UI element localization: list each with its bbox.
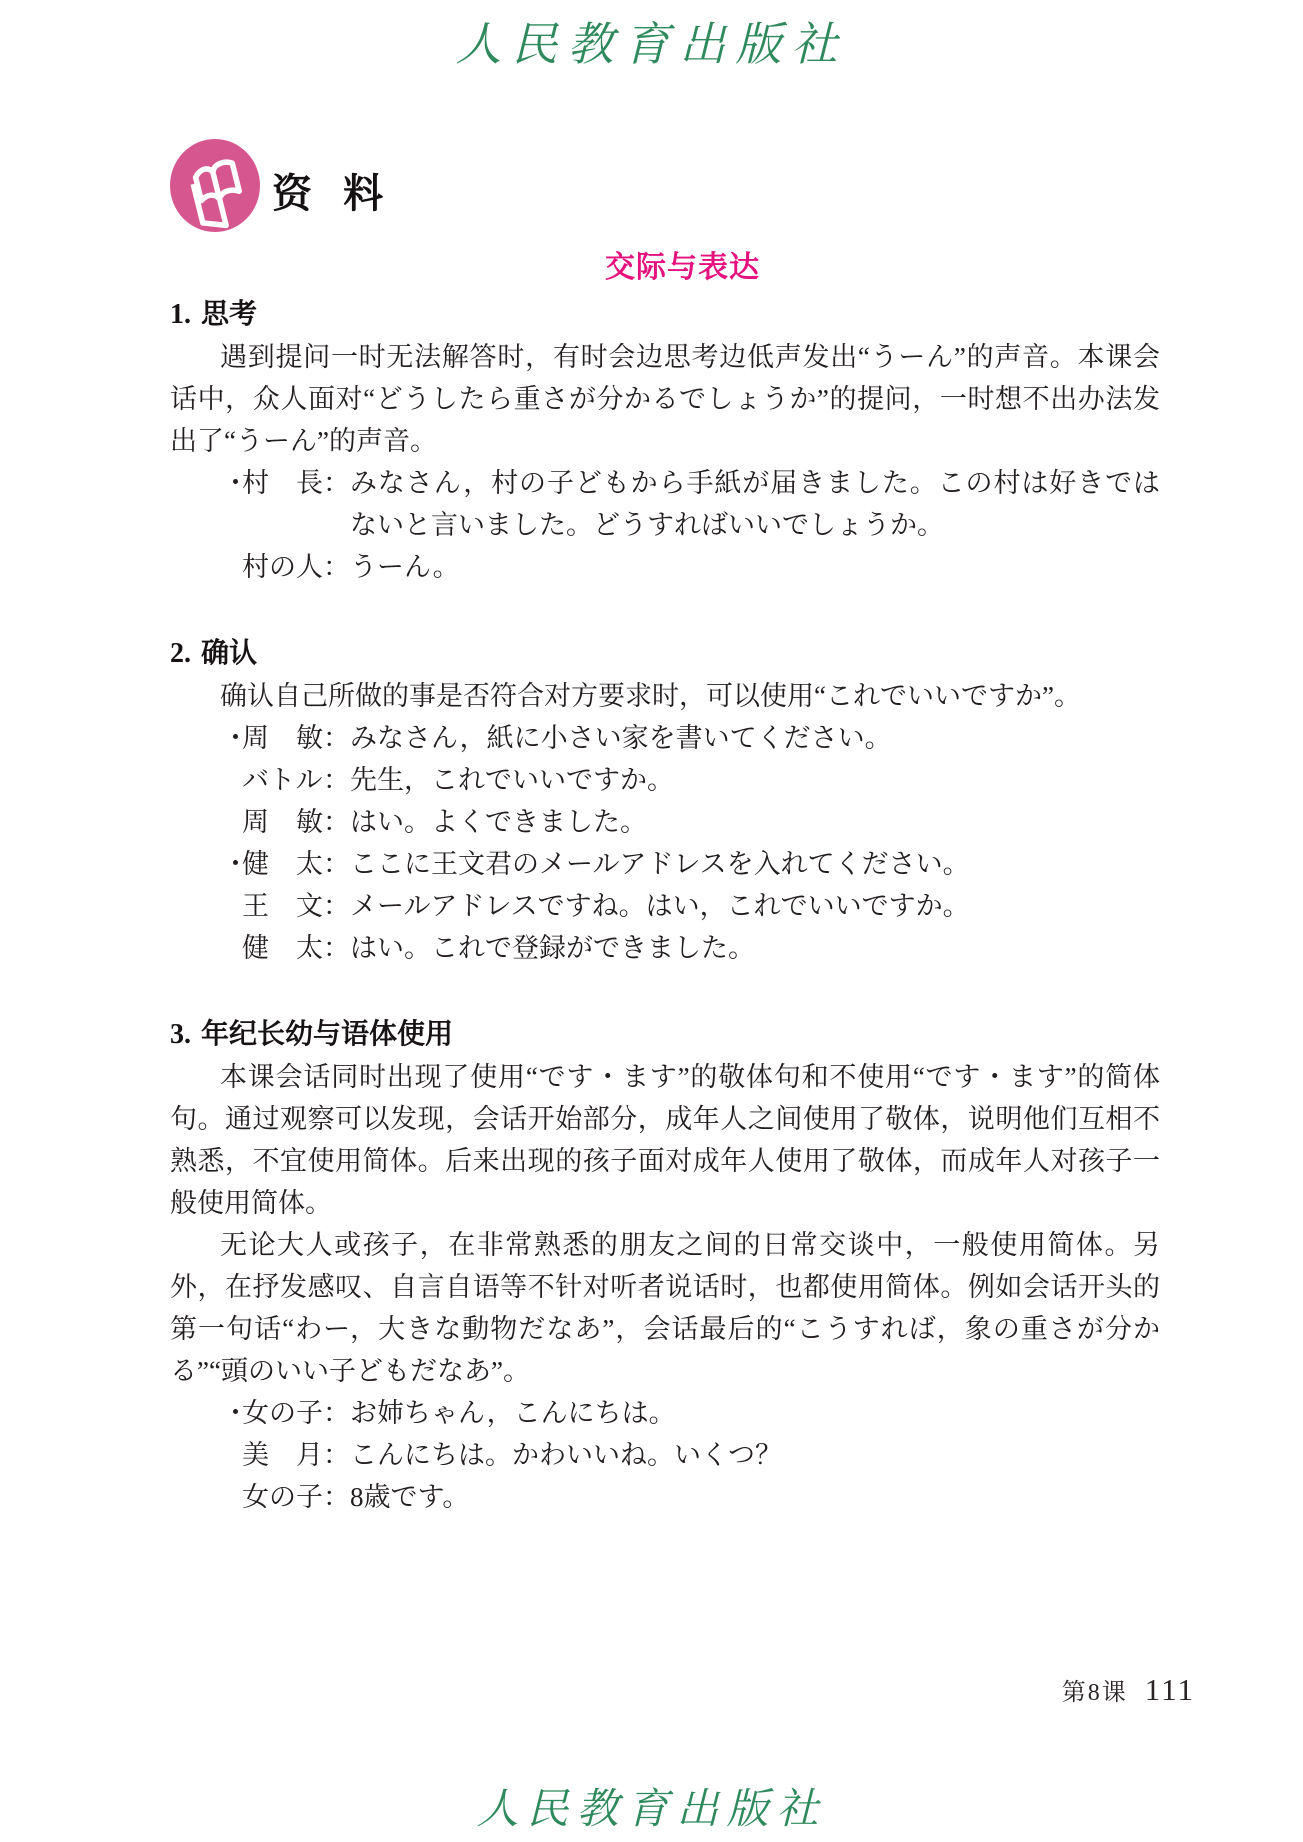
- paragraph: 遇到提问一时无法解答时，有时会边思考边低声发出“うーん”的声音。本课会话中，众人…: [170, 336, 1160, 462]
- footer: 第8课 111: [1062, 1672, 1195, 1708]
- section-2: 2.确认确认自己所做的事是否符合对方要求时，可以使用“これでいいですか”。・周 …: [170, 632, 1160, 969]
- dialogue-bullet: ・: [222, 462, 242, 546]
- dialogue-line: 村の人：うーん。: [170, 546, 1160, 588]
- dialogue-colon: ：: [323, 717, 350, 759]
- section-title: 1.思考: [170, 293, 1160, 336]
- dialogue-line: ・周 敏：みなさん，紙に小さい家を書いてください。: [170, 717, 1160, 759]
- paragraph: 本课会话同时出现了使用“です・ます”的敬体句和不使用“です・ます”的简体句。通过…: [170, 1056, 1160, 1224]
- dialogue-colon: ：: [323, 759, 350, 801]
- content: 1.思考遇到提问一时无法解答时，有时会边思考边低声发出“うーん”的声音。本课会话…: [170, 281, 1160, 1518]
- dialogue-text: 先生，これでいいですか。: [350, 759, 1160, 801]
- dialogue-colon: ：: [323, 885, 350, 927]
- dialogue-line: 美 月：こんにちは。かわいいね。いくつ？: [170, 1434, 1160, 1476]
- dialogue-speaker: 女の子: [242, 1476, 323, 1518]
- dialogue-colon: ：: [323, 1434, 350, 1476]
- dialogue-speaker: 周 敏: [242, 801, 323, 843]
- dialogue-line: 健 太：はい。これで登録ができました。: [170, 927, 1160, 969]
- dialogue-text: こんにちは。かわいいね。いくつ？: [350, 1434, 1160, 1476]
- dialogue-line: バトル：先生，これでいいですか。: [170, 759, 1160, 801]
- dialogue-speaker: バトル: [242, 759, 323, 801]
- dialogue-speaker: 村 長: [242, 462, 323, 546]
- dialogue-speaker: 村の人: [242, 546, 323, 588]
- dialogue-bullet: ・: [222, 1392, 242, 1434]
- dialogue-text: みなさん，紙に小さい家を書いてください。: [350, 717, 1160, 759]
- paragraph: 无论大人或孩子，在非常熟悉的朋友之间的日常交谈中，一般使用简体。另外，在抒发感叹…: [170, 1224, 1160, 1392]
- footer-lesson-label: 第8课: [1062, 1672, 1128, 1707]
- dialogue-line: 周 敏：はい。よくできました。: [170, 801, 1160, 843]
- section-title-text: 年纪长幼与语体使用: [201, 1018, 453, 1049]
- dialogue-line: ・健 太：ここに王文君のメールアドレスを入れてください。: [170, 843, 1160, 885]
- dialogue-text: お姉ちゃん，こんにちは。: [350, 1392, 1160, 1434]
- dialogue-speaker: 美 月: [242, 1434, 323, 1476]
- publisher-logo-top: 人民教育出版社: [456, 8, 848, 74]
- section-title-text: 思考: [201, 298, 257, 329]
- dialogue-bullet: ・: [222, 843, 242, 885]
- open-book-icon: [170, 139, 260, 232]
- dialogue-colon: ：: [323, 1476, 350, 1518]
- section-3: 3.年纪长幼与语体使用本课会话同时出现了使用“です・ます”的敬体句和不使用“です…: [170, 1013, 1160, 1518]
- dialogue-line: ・村 長：みなさん，村の子どもから手紙が届きました。この村は好きではないと言いま…: [170, 462, 1160, 546]
- dialogue-line: 女の子：8歳です。: [170, 1476, 1160, 1518]
- dialogue-text: はい。これで登録ができました。: [350, 927, 1160, 969]
- dialogue-bullet: [222, 801, 242, 843]
- dialogue-colon: ：: [323, 1392, 350, 1434]
- dialogue-bullet: [222, 546, 242, 588]
- textbook-page: 人民教育出版社 资 料 交际与表达 1.思考遇到提问一时无法解答时，有时会边思考…: [0, 0, 1303, 1842]
- section-number: 1.: [170, 299, 191, 330]
- paragraph: 确认自己所做的事是否符合对方要求时，可以使用“これでいいですか”。: [170, 675, 1160, 717]
- section-title-text: 确认: [201, 637, 257, 668]
- dialogue-text: はい。よくできました。: [350, 801, 1160, 843]
- dialogue-line: ・女の子：お姉ちゃん，こんにちは。: [170, 1392, 1160, 1434]
- section-number: 2.: [170, 638, 191, 669]
- dialogue-speaker: 王 文: [242, 885, 323, 927]
- section-number: 3.: [170, 1019, 191, 1050]
- dialogue-bullet: [222, 1476, 242, 1518]
- dialogue-bullet: [222, 927, 242, 969]
- dialogue-line: 王 文：メールアドレスですね。はい，これでいいですか。: [170, 885, 1160, 927]
- footer-page-number: 111: [1145, 1672, 1195, 1708]
- page-title: 交际与表达: [0, 242, 1303, 286]
- dialogue-text: 8歳です。: [350, 1476, 1160, 1518]
- dialogue-text: みなさん，村の子どもから手紙が届きました。この村は好きではないと言いました。どう…: [350, 462, 1160, 546]
- dialogue-bullet: [222, 885, 242, 927]
- dialogue-colon: ：: [323, 801, 350, 843]
- dialogue-text: ここに王文君のメールアドレスを入れてください。: [350, 843, 1160, 885]
- dialogue-speaker: 周 敏: [242, 717, 323, 759]
- dialogue-text: うーん。: [350, 546, 1160, 588]
- dialogue-speaker: 健 太: [242, 843, 323, 885]
- dialogue-speaker: 女の子: [242, 1392, 323, 1434]
- materials-heading: 资 料: [272, 162, 393, 219]
- dialogue-colon: ：: [323, 546, 350, 588]
- dialogue-colon: ：: [323, 462, 350, 546]
- dialogue-bullet: ・: [222, 717, 242, 759]
- dialogue-speaker: 健 太: [242, 927, 323, 969]
- section-title: 3.年纪长幼与语体使用: [170, 1013, 1160, 1056]
- dialogue-bullet: [222, 759, 242, 801]
- dialogue-text: メールアドレスですね。はい，これでいいですか。: [350, 885, 1160, 927]
- section-1: 1.思考遇到提问一时无法解答时，有时会边思考边低声发出“うーん”的声音。本课会话…: [170, 293, 1160, 588]
- dialogue-colon: ：: [323, 843, 350, 885]
- section-title: 2.确认: [170, 632, 1160, 675]
- publisher-logo-bottom: 人民教育出版社: [476, 1776, 826, 1836]
- dialogue-bullet: [222, 1434, 242, 1476]
- dialogue-colon: ：: [323, 927, 350, 969]
